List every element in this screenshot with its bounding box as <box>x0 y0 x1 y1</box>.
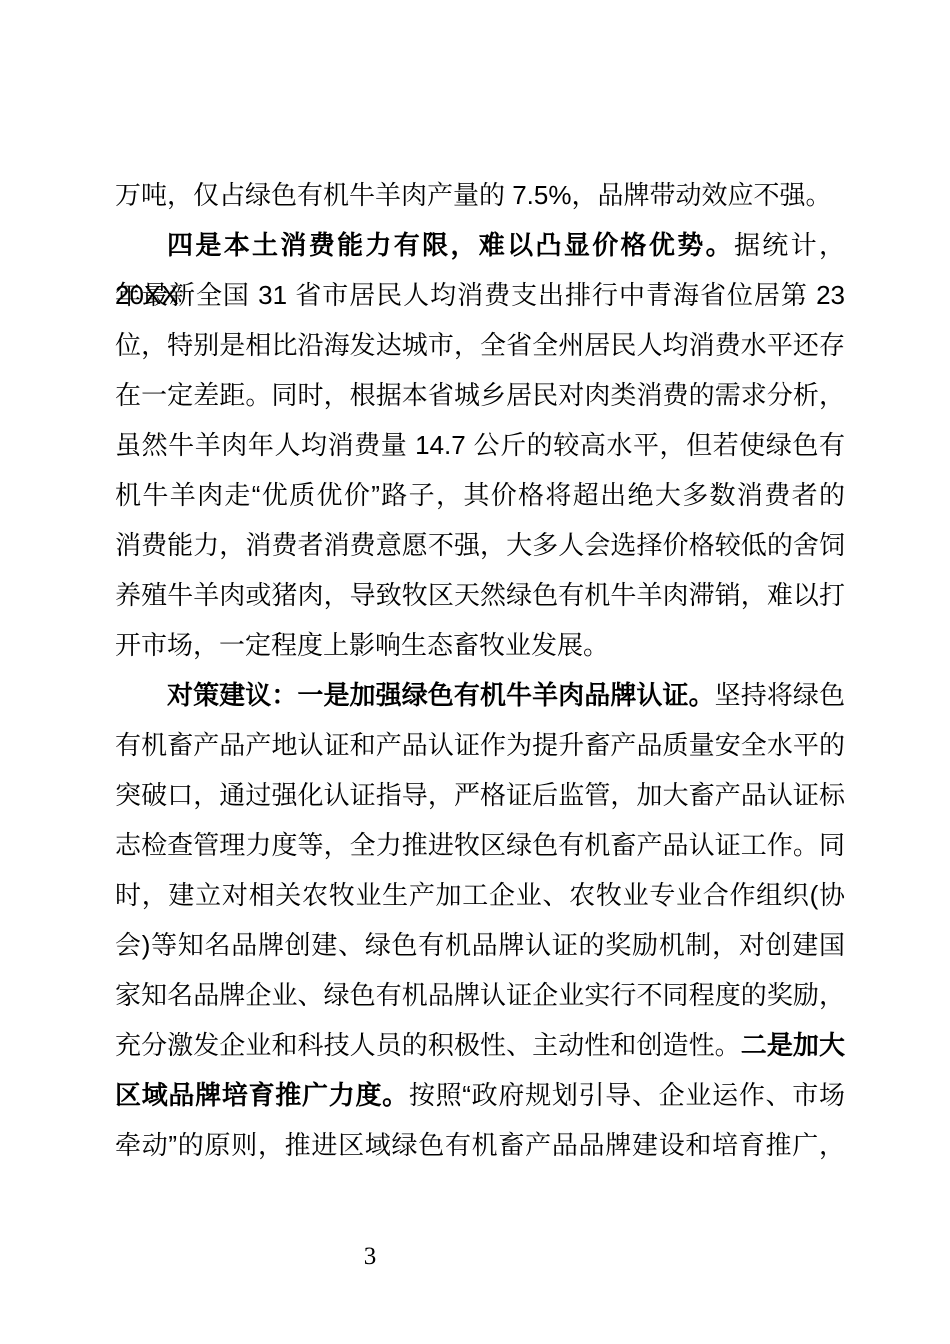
text-line: 年最新全国 31 省市居民人均消费支出排行中青海省位居第 23 <box>115 270 845 320</box>
text-segment: 牵动”的原则，推进区域绿色有机畜产品品牌建设和培育推广， <box>115 1130 845 1160</box>
text-line: 开市场，一定程度上影响生态畜牧业发展。 <box>115 620 845 670</box>
text-line: 养殖牛羊肉或猪肉，导致牧区天然绿色有机牛羊肉滞销，难以打 <box>115 570 845 620</box>
page-number: 3 <box>340 1242 400 1272</box>
text-line: 会)等知名品牌创建、绿色有机品牌认证的奖励机制，对创建国 <box>115 920 845 970</box>
text-segment: 时，建立对相关农牧业生产加工企业、农牧业专业合作组织(协 <box>115 880 845 910</box>
text-segment: 虽然牛羊肉年人均消费量 14.7 公斤的较高水平，但若使绿色有 <box>115 430 845 460</box>
text-segment: 家知名品牌企业、绿色有机品牌认证企业实行不同程度的奖励， <box>115 980 845 1010</box>
text-segment: 二是加大 <box>741 1030 845 1060</box>
text-line: 机牛羊肉走“优质优价”路子，其价格将超出绝大多数消费者的 <box>115 470 845 520</box>
text-segment: 消费能力，消费者消费意愿不强，大多人会选择价格较低的舍饲 <box>115 530 845 560</box>
text-line: 位，特别是相比沿海发达城市，全省全州居民人均消费水平还存 <box>115 320 845 370</box>
document-body: 万吨，仅占绿色有机牛羊肉产量的 7.5%，品牌带动效应不强。四是本土消费能力有限… <box>115 170 845 1170</box>
text-segment: 对策建议：一是加强绿色有机牛羊肉品牌认证。 <box>167 680 715 710</box>
text-line: 虽然牛羊肉年人均消费量 14.7 公斤的较高水平，但若使绿色有 <box>115 420 845 470</box>
text-line: 在一定差距。同时，根据本省城乡居民对肉类消费的需求分析， <box>115 370 845 420</box>
text-line: 四是本土消费能力有限，难以凸显价格优势。据统计，20XX <box>115 220 845 270</box>
text-segment: 会)等知名品牌创建、绿色有机品牌认证的奖励机制，对创建国 <box>115 930 845 960</box>
text-segment: 开市场，一定程度上影响生态畜牧业发展。 <box>115 630 609 660</box>
text-line: 充分激发企业和科技人员的积极性、主动性和创造性。二是加大 <box>115 1020 845 1070</box>
text-segment: 四是本土消费能力有限，难以凸显价格优势。 <box>167 230 734 260</box>
text-segment: 坚持将绿色 <box>715 680 845 710</box>
text-line: 消费能力，消费者消费意愿不强，大多人会选择价格较低的舍饲 <box>115 520 845 570</box>
text-line: 牵动”的原则，推进区域绿色有机畜产品品牌建设和培育推广， <box>115 1120 845 1170</box>
text-line: 有机畜产品产地认证和产品认证作为提升畜产品质量安全水平的 <box>115 720 845 770</box>
text-line: 志检查管理力度等，全力推进牧区绿色有机畜产品认证工作。同 <box>115 820 845 870</box>
text-segment: 区域品牌培育推广力度。 <box>115 1080 409 1110</box>
text-line: 时，建立对相关农牧业生产加工企业、农牧业专业合作组织(协 <box>115 870 845 920</box>
text-segment: 万吨，仅占绿色有机牛羊肉产量的 7.5%，品牌带动效应不强。 <box>115 180 832 210</box>
text-segment: 养殖牛羊肉或猪肉，导致牧区天然绿色有机牛羊肉滞销，难以打 <box>115 580 845 610</box>
document-page: 万吨，仅占绿色有机牛羊肉产量的 7.5%，品牌带动效应不强。四是本土消费能力有限… <box>0 0 950 1344</box>
text-line: 万吨，仅占绿色有机牛羊肉产量的 7.5%，品牌带动效应不强。 <box>115 170 845 220</box>
text-segment: 机牛羊肉走“优质优价”路子，其价格将超出绝大多数消费者的 <box>115 480 845 510</box>
text-segment: 突破口，通过强化认证指导，严格证后监管，加大畜产品认证标 <box>115 780 845 810</box>
text-segment: 年最新全国 31 省市居民人均消费支出排行中青海省位居第 23 <box>115 280 845 310</box>
text-line: 家知名品牌企业、绿色有机品牌认证企业实行不同程度的奖励， <box>115 970 845 1020</box>
text-segment: 按照“政府规划引导、企业运作、市场 <box>409 1080 845 1110</box>
text-segment: 有机畜产品产地认证和产品认证作为提升畜产品质量安全水平的 <box>115 730 845 760</box>
text-segment: 充分激发企业和科技人员的积极性、主动性和创造性。 <box>115 1030 741 1060</box>
text-line: 区域品牌培育推广力度。按照“政府规划引导、企业运作、市场 <box>115 1070 845 1120</box>
text-line: 突破口，通过强化认证指导，严格证后监管，加大畜产品认证标 <box>115 770 845 820</box>
text-line: 对策建议：一是加强绿色有机牛羊肉品牌认证。坚持将绿色 <box>115 670 845 720</box>
text-segment: 志检查管理力度等，全力推进牧区绿色有机畜产品认证工作。同 <box>115 830 845 860</box>
text-segment: 位，特别是相比沿海发达城市，全省全州居民人均消费水平还存 <box>115 330 845 360</box>
text-segment: 在一定差距。同时，根据本省城乡居民对肉类消费的需求分析， <box>115 380 845 410</box>
